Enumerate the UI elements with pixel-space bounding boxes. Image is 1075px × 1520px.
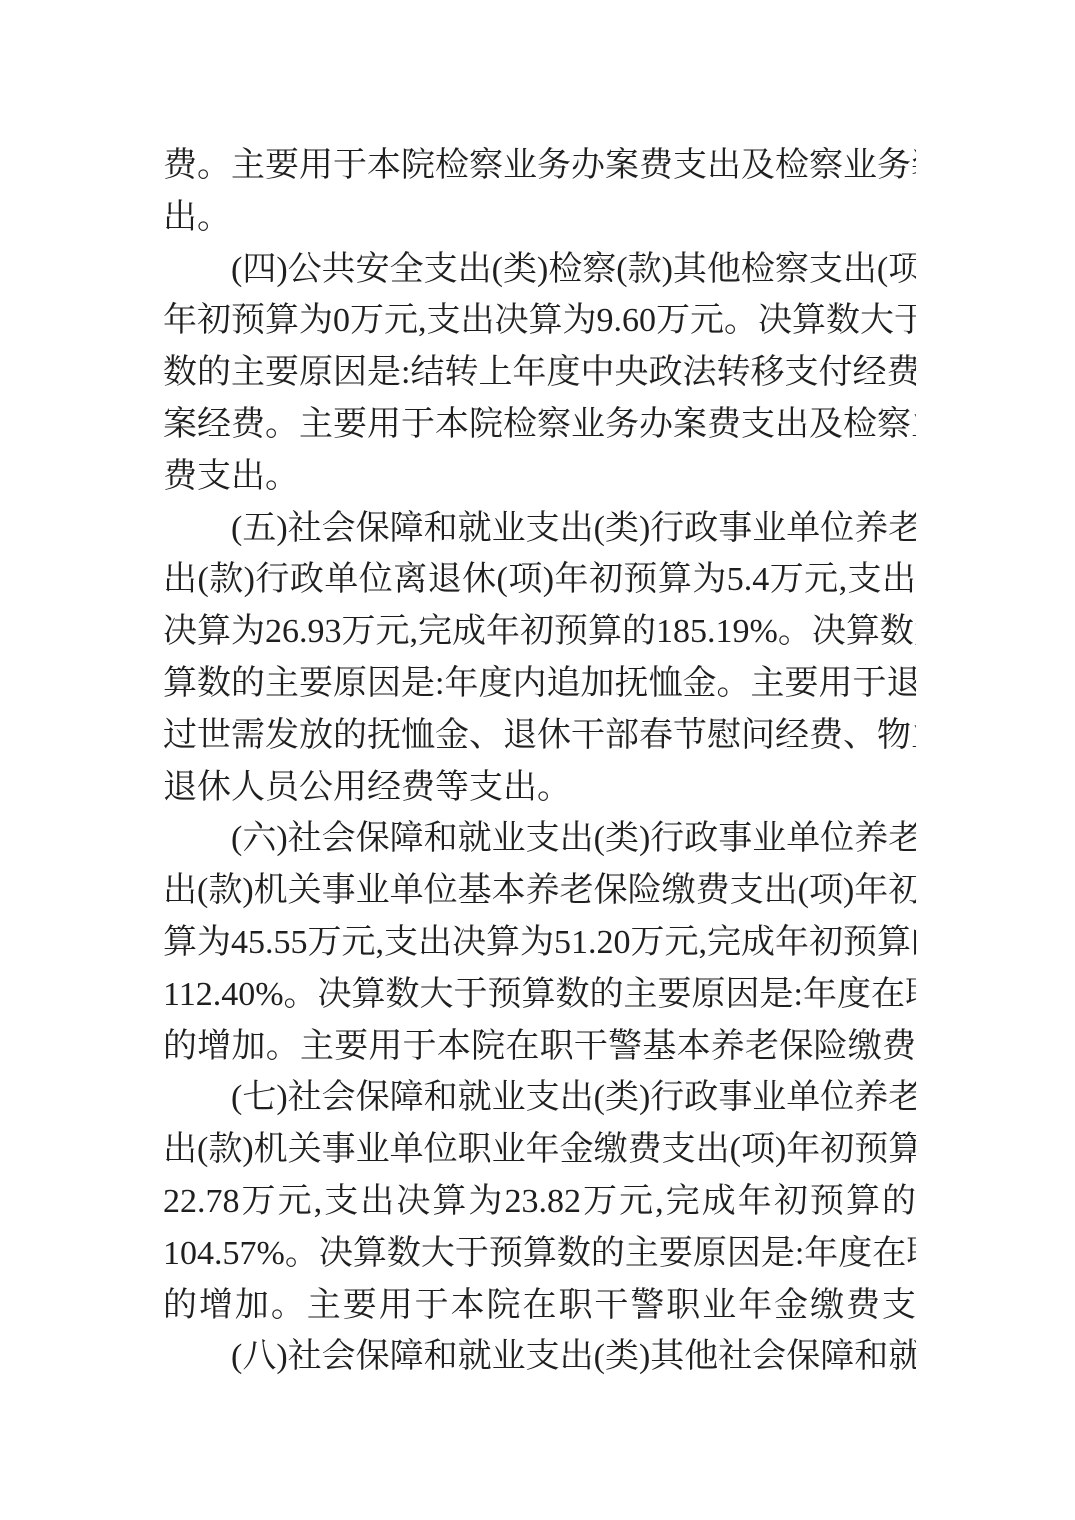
para-item5-retirement: (五)社会保障和就业支出(类)行政事业单位养老支出(款)行政单位离退休(项)年初… — [163, 503, 916, 814]
document-page: 费。主要用于本院检察业务办案费支出及检察业务装备费支出。(四)公共安全支出(类)… — [0, 0, 1075, 1520]
text-line: 出。 — [163, 192, 916, 244]
text-line: 22.78万元,支出决算为23.82万元,完成年初预算的 — [163, 1176, 916, 1228]
text-line: 退休人员公用经费等支出。 — [163, 762, 916, 814]
para-item8-other-social-security: (八)社会保障和就业支出(类)其他社会保障和就业 — [163, 1331, 916, 1383]
text-line: (六)社会保障和就业支出(类)行政事业单位养老支 — [163, 813, 916, 865]
text-line: 出(款)机关事业单位基本养老保险缴费支出(项)年初预 — [163, 865, 916, 917]
text-line: 的增加。主要用于本院在职干警基本养老保险缴费支出。 — [163, 1021, 916, 1073]
text-line: (四)公共安全支出(类)检察(款)其他检察支出(项) — [163, 244, 916, 296]
para-item4-public-security-other: (四)公共安全支出(类)检察(款)其他检察支出(项)年初预算为0万元,支出决算为… — [163, 244, 916, 503]
text-line: 出(款)行政单位离退休(项)年初预算为5.4万元,支出 — [163, 554, 916, 606]
text-line: (五)社会保障和就业支出(类)行政事业单位养老支 — [163, 503, 916, 555]
text-line: 案经费。主要用于本院检察业务办案费支出及检察业务装备 — [163, 399, 916, 451]
para-item7-occupational-annuity: (七)社会保障和就业支出(类)行政事业单位养老支出(款)机关事业单位职业年金缴费… — [163, 1072, 916, 1331]
para-continuation-item3: 费。主要用于本院检察业务办案费支出及检察业务装备费支出。 — [163, 140, 916, 244]
text-line: 104.57%。决算数大于预算数的主要原因是:年度在职人员 — [163, 1228, 916, 1280]
para-item6-basic-pension: (六)社会保障和就业支出(类)行政事业单位养老支出(款)机关事业单位基本养老保险… — [163, 813, 916, 1072]
text-line: (八)社会保障和就业支出(类)其他社会保障和就业 — [163, 1331, 916, 1383]
text-line: 年初预算为0万元,支出决算为9.60万元。决算数大于预算 — [163, 295, 916, 347]
text-line: 决算为26.93万元,完成年初预算的185.19%。决算数大于预 — [163, 606, 916, 658]
text-line: 过世需发放的抚恤金、退休干部春节慰问经费、物业管理费、 — [163, 710, 916, 762]
document-body: 费。主要用于本院检察业务办案费支出及检察业务装备费支出。(四)公共安全支出(类)… — [163, 140, 916, 1383]
text-line: 算数的主要原因是:年度内追加抚恤金。主要用于退休人员 — [163, 658, 916, 710]
text-line: 的增加。主要用于本院在职干警职业年金缴费支出。 — [163, 1280, 916, 1332]
text-line: 出(款)机关事业单位职业年金缴费支出(项)年初预算为 — [163, 1124, 916, 1176]
text-line: 数的主要原因是:结转上年度中央政法转移支付经费及大要 — [163, 347, 916, 399]
text-line: 费支出。 — [163, 451, 916, 503]
text-line: 算为45.55万元,支出决算为51.20万元,完成年初预算的 — [163, 917, 916, 969]
text-line: 费。主要用于本院检察业务办案费支出及检察业务装备费支 — [163, 140, 916, 192]
text-line: (七)社会保障和就业支出(类)行政事业单位养老支 — [163, 1072, 916, 1124]
text-line: 112.40%。决算数大于预算数的主要原因是:年度在职人员 — [163, 969, 916, 1021]
